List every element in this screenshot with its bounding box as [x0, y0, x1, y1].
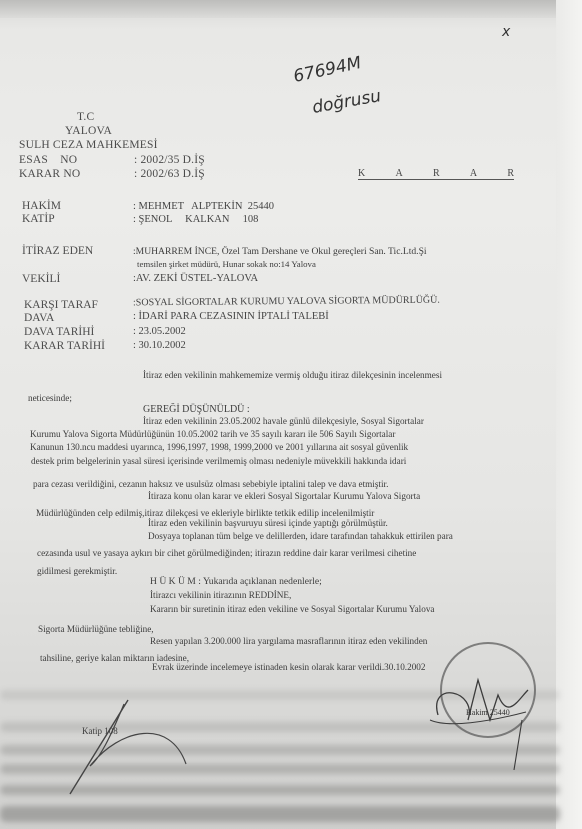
party-value-itiraz-eden-line2: temsilen şirket müdürü, Hunar sokak no:1… — [137, 259, 316, 270]
party-label-hakim: HAKİM — [22, 201, 61, 212]
page-right-edge — [556, 0, 582, 829]
party-value-katip: : ŞENOL KALKAN 108 — [133, 214, 258, 225]
party-label-itiraz-eden: İTİRAZ EDEN — [22, 246, 93, 257]
body-line: destek prim belgelerinin yasal süresi iç… — [31, 456, 406, 467]
party-label-vekili: VEKİLİ — [22, 274, 60, 285]
body-line: neticesinde; — [28, 393, 72, 404]
party-value-karar-tarihi: : 30.10.2002 — [133, 340, 186, 351]
karar-label: KARAR NO — [19, 169, 80, 180]
esas-value: : 2002/35 D.İŞ — [134, 155, 205, 166]
body-line: cezasında usul ve yasaya aykırı bir cihe… — [37, 548, 416, 559]
title-letter: A — [395, 168, 402, 179]
party-label-karsi-taraf: KARŞI TARAF — [24, 300, 98, 311]
hakim-signature-label: Hakim 25440 — [466, 708, 510, 717]
body-line: gidilmesi gerekmiştir. — [37, 566, 117, 577]
party-label-dava-tarihi: DAVA TARİHİ — [24, 327, 94, 338]
body-line: İtirazcı vekilinin itirazının REDDİNE, — [150, 590, 291, 601]
party-label-karar-tarihi: KARAR TARİHİ — [24, 341, 105, 352]
party-label-dava: DAVA — [24, 313, 54, 324]
body-line: Dosyaya toplanan tüm belge ve delillerde… — [148, 531, 453, 542]
title-letter: R — [507, 168, 514, 179]
body-line: Kanunun 130.ncu maddesi uyarınca, 1996,1… — [30, 442, 408, 453]
body-section-heading: GEREĞİ DÜŞÜNÜLDÜ : — [143, 404, 250, 415]
party-value-vekili: :AV. ZEKİ ÜSTEL-YALOVA — [133, 273, 258, 284]
header-court: SULH CEZA MAHKEMESİ — [19, 140, 158, 151]
handwritten-note: doğrusu — [311, 86, 383, 118]
esas-label: ESAS NO — [19, 155, 77, 166]
body-line: para cezası verildiğini, cezanın haksız … — [33, 479, 388, 490]
handwritten-corner-mark: x — [502, 24, 510, 40]
body-line: Kurumu Yalova Sigorta Müdürlüğünün 10.05… — [30, 429, 395, 440]
party-value-itiraz-eden: :MUHARREM İNCE, Özel Tam Dershane ve Oku… — [133, 246, 427, 257]
body-line: Resen yapılan 3.200.000 lira yargılama m… — [150, 636, 427, 647]
title-letter: R — [433, 168, 440, 179]
party-label-katip: KATİP — [22, 214, 55, 225]
body-line: Sigorta Müdürlüğüne tebliğine, — [38, 624, 154, 635]
header-country: T.C — [77, 112, 94, 123]
body-line: İtiraza konu olan karar ve ekleri Sosyal… — [148, 491, 420, 502]
scan-smudge — [0, 806, 560, 822]
party-value-hakim: : MEHMET ALPTEKİN 25440 — [133, 201, 274, 212]
title-letter: K — [358, 168, 365, 179]
handwritten-number: 67694M — [292, 53, 363, 87]
scan-top-shadow — [0, 0, 582, 18]
header-city: YALOVA — [65, 126, 112, 137]
body-line: İtiraz eden vekilinin mahkememize vermiş… — [143, 370, 442, 381]
body-line: İtiraz eden vekilinin 23.05.2002 havale … — [143, 416, 424, 427]
party-value-karsi-taraf: :SOSYAL SİGORTALAR KURUMU YALOVA SİGORTA… — [133, 295, 440, 309]
body-line: Evrak üzerinde incelemeye istinaden kesi… — [152, 662, 425, 673]
party-value-dava: : İDARİ PARA CEZASININ İPTALİ TALEBİ — [133, 311, 329, 322]
body-line: İtiraz eden vekilinin başvuruyu süresi i… — [148, 518, 388, 529]
katip-signature-icon — [60, 698, 200, 800]
karar-value: : 2002/63 D.İŞ — [134, 169, 205, 180]
scanned-document-page: 67694M doğrusu x T.C YALOVA SULH CEZA MA… — [0, 0, 582, 829]
party-value-dava-tarihi: : 23.05.2002 — [133, 326, 186, 337]
document-title-karar: K A R A R — [358, 168, 514, 180]
body-hukum-heading: H Ü K Ü M : Yukarıda açıklanan nedenlerl… — [150, 576, 322, 587]
title-letter: A — [470, 168, 477, 179]
body-line: Kararın bir suretinin itiraz eden vekili… — [150, 604, 435, 615]
